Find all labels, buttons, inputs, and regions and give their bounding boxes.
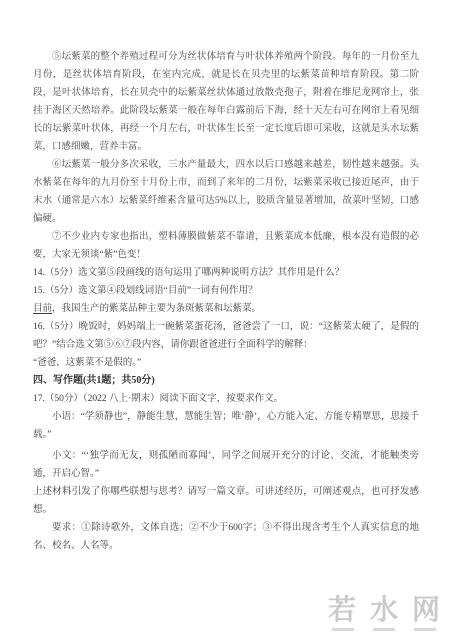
question-15: 15.（5分）选文第④段划线词语“目前”一词有何作用？ [33,282,419,300]
question-16: 16.（5分）晚饭时，妈妈端上一碗紫菜蛋花汤，爸爸尝了一口，说：“这紫菜太硬了，… [33,318,419,354]
question-16-answer: “爸爸，这紫菜不是假的。” [33,354,419,372]
document-page: { "page": { "background": "#ffffff", "te… [0,0,450,636]
question-14: 14.（5分）选文第⑤段画线的语句运用了哪两种说明方法？其作用是什么？ [33,264,419,282]
watermark: 若水网 [328,596,440,634]
quoted-sentence: 目前，我国生产的紫菜品种主要为条斑紫菜和坛紫菜。 [33,300,419,318]
exam-paper-body: ⑤坛紫菜的整个养殖过程可分为丝状体培育与叶状体养殖两个阶段。每年的一月份至九月份… [33,48,419,555]
watermark-text: 若水网 [328,596,450,626]
question-17: 17.（50分）（2022 八上·期末）阅读下面文字，按要求作文。 [33,390,419,408]
xiaowen-quote: 小文：“‘独学而无友，则孤陋而寡闻’，同学之间展开充分的讨论、交流，才能触类旁通… [33,447,419,483]
writing-prompt: 上述材料引发了你哪些联想与思考？请写一篇文章。可讲述经历，可阐述观点，也可抒发感… [33,483,419,519]
writing-requirements: 要求：①除诗歌外，文体自选；②不少于600字；③不得出现含考生个人真实信息的地名… [33,519,419,555]
section-heading-writing: 四、写作题(共1题；共50分) [33,372,419,390]
passage-paragraph-7: ⑦不少业内专家也指出，塑料薄膜做紫菜不靠谱，且紫菜成本低廉，根本没有造假的必要，… [33,228,419,264]
quoted-sentence-rest: ，我国生产的紫菜品种主要为条斑紫菜和坛紫菜。 [52,304,261,314]
passage-paragraph-5: ⑤坛紫菜的整个养殖过程可分为丝状体培育与叶状体养殖两个阶段。每年的一月份至九月份… [33,48,419,156]
xiaoyu-quote: 小语：“学须静也”，静能生慧，慧能生智；唯‘静’，心方能入定、方能专精覃思，思接… [33,408,419,444]
passage-paragraph-6: ⑥坛紫菜一般分多次采收，三水产量最大，四水以后口感越来越差，韧性越来越强。头水紫… [33,156,419,228]
underlined-word: 目前 [33,304,52,314]
watermark-subtext-marks [328,626,440,634]
